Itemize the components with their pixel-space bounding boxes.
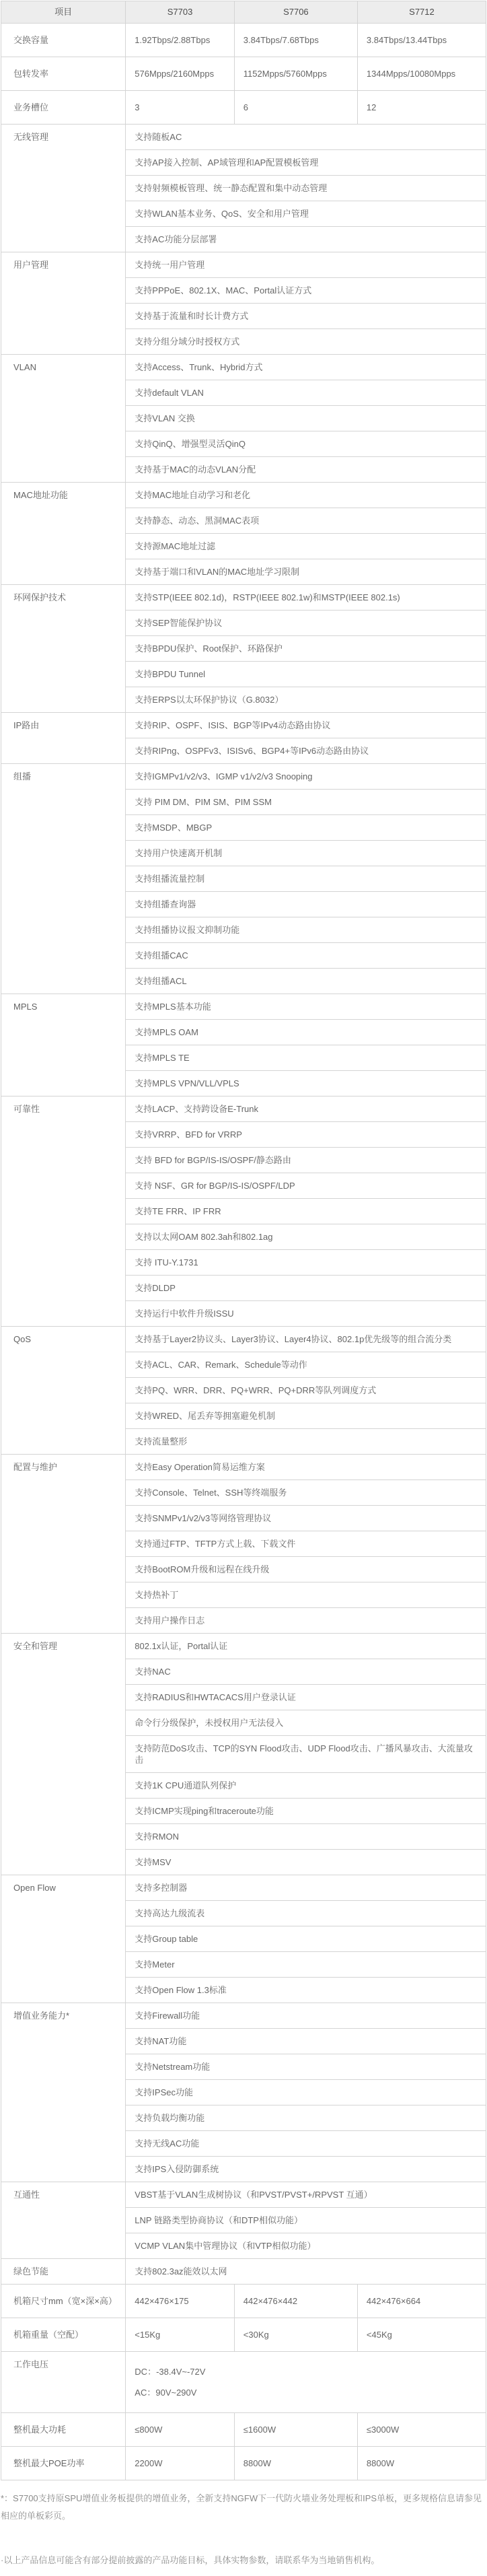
spec-value: 2200W bbox=[126, 2447, 235, 2480]
feature-text: 支持Open Flow 1.3标准 bbox=[126, 1978, 486, 2003]
category-label: MPLS bbox=[1, 994, 126, 1096]
feature-text: 支持静态、动态、黑洞MAC表项 bbox=[126, 508, 486, 534]
feature-row: IP路由支持RIP、OSPF、ISIS、BGP等IPv4动态路由协议 bbox=[1, 713, 486, 738]
category-label: 工作电压 bbox=[1, 2352, 126, 2413]
feature-text: 支持 ITU-Y.1731 bbox=[126, 1250, 486, 1276]
feature-text: 支持AP接入控制、AP域管理和AP配置模板管理 bbox=[126, 150, 486, 176]
spec-value: 442×476×664 bbox=[357, 2285, 486, 2318]
feature-text: 支持ERPS以太环保护协议（G.8032） bbox=[126, 687, 486, 713]
category-label: IP路由 bbox=[1, 713, 126, 764]
feature-text: 支持NAT功能 bbox=[126, 2029, 486, 2054]
feature-text: 支持WRED、尾丢弃等拥塞避免机制 bbox=[126, 1403, 486, 1429]
category-label: 无线管理 bbox=[1, 125, 126, 252]
spec-value: 3 bbox=[126, 91, 235, 125]
feature-text: 支持组播流量控制 bbox=[126, 866, 486, 892]
spec-table-header: 项目S7703S7706S7712 bbox=[1, 1, 486, 24]
column-header: 项目 bbox=[1, 1, 126, 24]
spec-value: 576Mpps/2160Mpps bbox=[126, 57, 235, 91]
feature-row: 无线管理支持随板AC bbox=[1, 125, 486, 150]
category-label: 安全和管理 bbox=[1, 1634, 126, 1875]
feature-row: MPLS支持MPLS基本功能 bbox=[1, 994, 486, 1020]
feature-text: 支持TE FRR、IP FRR bbox=[126, 1199, 486, 1224]
feature-row: MAC地址功能支持MAC地址自动学习和老化 bbox=[1, 483, 486, 508]
category-label: 配置与维护 bbox=[1, 1455, 126, 1634]
feature-text: 命令行分级保护，未授权用户无法侵入 bbox=[126, 1710, 486, 1736]
feature-row: 增值业务能力*支持Firewall功能 bbox=[1, 2003, 486, 2029]
feature-text: 支持基于流量和时长计费方式 bbox=[126, 304, 486, 329]
feature-text: 支持MPLS VPN/VLL/VPLS bbox=[126, 1071, 486, 1096]
feature-text: 支持BPDU Tunnel bbox=[126, 662, 486, 687]
feature-text: 支持DLDP bbox=[126, 1276, 486, 1301]
feature-text: 支持STP(IEEE 802.1d)，RSTP(IEEE 802.1w)和MST… bbox=[126, 585, 486, 611]
feature-row: VLAN支持Access、Trunk、Hybrid方式 bbox=[1, 355, 486, 380]
feature-text: 支持Group table bbox=[126, 1926, 486, 1952]
feature-text: 支持IPS入侵防御系统 bbox=[126, 2157, 486, 2182]
category-label: 组播 bbox=[1, 764, 126, 994]
feature-text: 支持VLAN 交换 bbox=[126, 406, 486, 431]
feature-text: 支持随板AC bbox=[126, 125, 486, 150]
feature-text: 支持组播CAC bbox=[126, 943, 486, 969]
spec-value: 8800W bbox=[234, 2447, 357, 2480]
category-label: 包转发率 bbox=[1, 57, 126, 91]
feature-text: 支持MPLS基本功能 bbox=[126, 994, 486, 1020]
feature-text: 支持Console、Telnet、SSH等终端服务 bbox=[126, 1480, 486, 1506]
multiline-value: DC：-38.4V~-72VAC：90V~290V bbox=[126, 2352, 486, 2413]
feature-text: 支持负载均衡功能 bbox=[126, 2105, 486, 2131]
spec-row: 整机最大POE功率2200W8800W8800W bbox=[1, 2447, 486, 2480]
feature-text: 支持组播查询器 bbox=[126, 892, 486, 917]
feature-text: 支持用户快速离开机制 bbox=[126, 841, 486, 866]
category-label: 交换容量 bbox=[1, 24, 126, 57]
feature-text: 支持WLAN基本业务、QoS、安全和用户管理 bbox=[126, 201, 486, 227]
spec-value: 3.84Tbps/7.68Tbps bbox=[234, 24, 357, 57]
feature-text: 支持统一用户管理 bbox=[126, 252, 486, 278]
feature-text: 支持热补丁 bbox=[126, 1582, 486, 1608]
feature-text: 支持MAC地址自动学习和老化 bbox=[126, 483, 486, 508]
feature-text: 支持SEP智能保护协议 bbox=[126, 611, 486, 636]
category-label: 机箱重量（空配） bbox=[1, 2318, 126, 2352]
spec-page: 项目S7703S7706S7712 交换容量1.92Tbps/2.88Tbps3… bbox=[0, 0, 487, 2576]
feature-text: 支持QinQ、增强型灵活QinQ bbox=[126, 431, 486, 457]
feature-text: 支持防范DoS攻击、TCP的SYN Flood攻击、UDP Flood攻击、广播… bbox=[126, 1736, 486, 1773]
footnote-asterisk: *：S7700支持原SPU增值业务板提供的增值业务，全新支持NGFW下一代防火墙… bbox=[1, 2490, 484, 2525]
category-label: 用户管理 bbox=[1, 252, 126, 355]
multiline-value-line: DC：-38.4V~-72V bbox=[135, 2361, 479, 2382]
column-header: S7706 bbox=[234, 1, 357, 24]
category-label: QoS bbox=[1, 1327, 126, 1455]
feature-text: 支持Firewall功能 bbox=[126, 2003, 486, 2029]
category-label: 整机最大功耗 bbox=[1, 2413, 126, 2447]
multiline-row: 工作电压DC：-38.4V~-72VAC：90V~290V bbox=[1, 2352, 486, 2413]
spec-value: 1152Mpps/5760Mpps bbox=[234, 57, 357, 91]
feature-text: 支持流量整形 bbox=[126, 1429, 486, 1455]
feature-text: 802.1x认证，Portal认证 bbox=[126, 1634, 486, 1659]
feature-text: 支持MPLS TE bbox=[126, 1045, 486, 1071]
spec-table: 项目S7703S7706S7712 交换容量1.92Tbps/2.88Tbps3… bbox=[1, 1, 486, 2480]
feature-text: VCMP VLAN集中管理协议（和VTP相似功能） bbox=[126, 2233, 486, 2259]
feature-text: 支持MSV bbox=[126, 1850, 486, 1875]
spec-value: ≤1600W bbox=[234, 2413, 357, 2447]
category-label: 增值业务能力* bbox=[1, 2003, 126, 2182]
spec-row: 机箱尺寸mm（宽×深×高）442×476×175442×476×442442×4… bbox=[1, 2285, 486, 2318]
spec-value: 1.92Tbps/2.88Tbps bbox=[126, 24, 235, 57]
spec-value: ≤800W bbox=[126, 2413, 235, 2447]
feature-text: 支持组播ACL bbox=[126, 969, 486, 994]
feature-text: 支持源MAC地址过滤 bbox=[126, 534, 486, 559]
feature-text: 支持分组分域分时授权方式 bbox=[126, 329, 486, 355]
spec-row: 包转发率576Mpps/2160Mpps1152Mpps/5760Mpps134… bbox=[1, 57, 486, 91]
feature-text: 支持RIP、OSPF、ISIS、BGP等IPv4动态路由协议 bbox=[126, 713, 486, 738]
feature-row: 安全和管理802.1x认证，Portal认证 bbox=[1, 1634, 486, 1659]
feature-row: 环网保护技术支持STP(IEEE 802.1d)，RSTP(IEEE 802.1… bbox=[1, 585, 486, 611]
category-label: 互通性 bbox=[1, 2182, 126, 2259]
feature-row: 可靠性支持LACP、支持跨设备E-Trunk bbox=[1, 1096, 486, 1122]
feature-text: 支持default VLAN bbox=[126, 380, 486, 406]
feature-text: 支持MPLS OAM bbox=[126, 1020, 486, 1045]
feature-text: 支持MSDP、MBGP bbox=[126, 815, 486, 841]
feature-row: 用户管理支持统一用户管理 bbox=[1, 252, 486, 278]
spec-row: 机箱重量（空配）<15Kg<30Kg<45Kg bbox=[1, 2318, 486, 2352]
feature-text: LNP 链路类型协商协议（和DTP相似功能） bbox=[126, 2208, 486, 2233]
footnotes: *：S7700支持原SPU增值业务板提供的增值业务，全新支持NGFW下一代防火墙… bbox=[1, 2490, 486, 2569]
feature-text: 支持AC功能分层部署 bbox=[126, 227, 486, 252]
category-label: 业务槽位 bbox=[1, 91, 126, 125]
spec-value: 8800W bbox=[357, 2447, 486, 2480]
footnote-disclaimer: ·以上产品信息可能含有部分提前披露的产品功能目标，具体实物参数，请联系华为当地销… bbox=[1, 2552, 484, 2569]
feature-row: 绿色节能支持802.3az能效以太网 bbox=[1, 2259, 486, 2285]
feature-text: 支持Easy Operation简易运维方案 bbox=[126, 1455, 486, 1480]
feature-text: 支持通过FTP、TFTP方式上载、下载文件 bbox=[126, 1531, 486, 1557]
spec-value: 3.84Tbps/13.44Tbps bbox=[357, 24, 486, 57]
spec-row: 交换容量1.92Tbps/2.88Tbps3.84Tbps/7.68Tbps3.… bbox=[1, 24, 486, 57]
category-label: Open Flow bbox=[1, 1875, 126, 2003]
feature-text: 支持组播协议报文抑制功能 bbox=[126, 917, 486, 943]
column-header: S7703 bbox=[126, 1, 235, 24]
spec-value: 1344Mpps/10080Mpps bbox=[357, 57, 486, 91]
feature-text: 支持SNMPv1/v2/v3等网络管理协议 bbox=[126, 1506, 486, 1531]
column-header: S7712 bbox=[357, 1, 486, 24]
spec-value: ≤3000W bbox=[357, 2413, 486, 2447]
feature-text: 支持PPPoE、802.1X、MAC、Portal认证方式 bbox=[126, 278, 486, 304]
feature-text: 支持IPSec功能 bbox=[126, 2080, 486, 2105]
feature-text: 支持VRRP、BFD for VRRP bbox=[126, 1122, 486, 1148]
spec-row: 整机最大功耗≤800W≤1600W≤3000W bbox=[1, 2413, 486, 2447]
feature-text: 支持基于Layer2协议头、Layer3协议、Layer4协议、802.1p优先… bbox=[126, 1327, 486, 1352]
category-label: MAC地址功能 bbox=[1, 483, 126, 585]
feature-text: 支持RADIUS和HWTACACS用户登录认证 bbox=[126, 1685, 486, 1710]
feature-text: 支持Netstream功能 bbox=[126, 2054, 486, 2080]
feature-row: 组播支持IGMPv1/v2/v3、IGMP v1/v2/v3 Snooping bbox=[1, 764, 486, 790]
spec-value: 442×476×442 bbox=[234, 2285, 357, 2318]
feature-text: 支持RMON bbox=[126, 1824, 486, 1850]
feature-text: 支持IGMPv1/v2/v3、IGMP v1/v2/v3 Snooping bbox=[126, 764, 486, 790]
feature-row: 互通性VBST基于VLAN生成树协议（和PVST/PVST+/RPVST 互通） bbox=[1, 2182, 486, 2208]
feature-text: 支持NAC bbox=[126, 1659, 486, 1685]
spec-row: 业务槽位3612 bbox=[1, 91, 486, 125]
spec-value: 442×476×175 bbox=[126, 2285, 235, 2318]
feature-text: 支持RIPng、OSPFv3、ISISv6、BGP4+等IPv6动态路由协议 bbox=[126, 738, 486, 764]
feature-text: 支持 BFD for BGP/IS-IS/OSPF/静态路由 bbox=[126, 1148, 486, 1173]
feature-row: Open Flow支持多控制器 bbox=[1, 1875, 486, 1901]
category-label: 环网保护技术 bbox=[1, 585, 126, 713]
feature-text: 支持用户操作日志 bbox=[126, 1608, 486, 1634]
spec-value: 6 bbox=[234, 91, 357, 125]
feature-text: 支持BPDU保护、Root保护、环路保护 bbox=[126, 636, 486, 662]
category-label: 机箱尺寸mm（宽×深×高） bbox=[1, 2285, 126, 2318]
feature-text: 支持运行中软件升级ISSU bbox=[126, 1301, 486, 1327]
feature-row: QoS支持基于Layer2协议头、Layer3协议、Layer4协议、802.1… bbox=[1, 1327, 486, 1352]
feature-text: 支持以太网OAM 802.3ah和802.1ag bbox=[126, 1224, 486, 1250]
feature-text: 支持Meter bbox=[126, 1952, 486, 1978]
category-label: 整机最大POE功率 bbox=[1, 2447, 126, 2480]
feature-row: 配置与维护支持Easy Operation简易运维方案 bbox=[1, 1455, 486, 1480]
feature-text: 支持射频模板管理、统一静态配置和集中动态管理 bbox=[126, 176, 486, 201]
feature-text: VBST基于VLAN生成树协议（和PVST/PVST+/RPVST 互通） bbox=[126, 2182, 486, 2208]
feature-text: 支持 PIM DM、PIM SM、PIM SSM bbox=[126, 790, 486, 815]
feature-text: 支持多控制器 bbox=[126, 1875, 486, 1901]
header-row: 项目S7703S7706S7712 bbox=[1, 1, 486, 24]
spec-value: <30Kg bbox=[234, 2318, 357, 2352]
feature-text: 支持ACL、CAR、Remark、Schedule等动作 bbox=[126, 1352, 486, 1378]
category-label: 绿色节能 bbox=[1, 2259, 126, 2285]
feature-text: 支持 NSF、GR for BGP/IS-IS/OSPF/LDP bbox=[126, 1173, 486, 1199]
feature-text: 支持基于端口和VLAN的MAC地址学习限制 bbox=[126, 559, 486, 585]
feature-text: 支持Access、Trunk、Hybrid方式 bbox=[126, 355, 486, 380]
multiline-value-line: AC：90V~290V bbox=[135, 2382, 479, 2403]
category-label: 可靠性 bbox=[1, 1096, 126, 1327]
feature-text: 支持PQ、WRR、DRR、PQ+WRR、PQ+DRR等队列调度方式 bbox=[126, 1378, 486, 1403]
feature-text: 支持基于MAC的动态VLAN分配 bbox=[126, 457, 486, 483]
feature-text: 支持LACP、支持跨设备E-Trunk bbox=[126, 1096, 486, 1122]
spec-value: 12 bbox=[357, 91, 486, 125]
feature-text: 支持BootROM升级和远程在线升级 bbox=[126, 1557, 486, 1582]
spec-value: <15Kg bbox=[126, 2318, 235, 2352]
feature-text: 支持ICMP实现ping和traceroute功能 bbox=[126, 1799, 486, 1824]
category-label: VLAN bbox=[1, 355, 126, 483]
feature-text: 支持高达九级流表 bbox=[126, 1901, 486, 1926]
feature-text: 支持1K CPU通道队列保护 bbox=[126, 1773, 486, 1799]
spec-table-body: 交换容量1.92Tbps/2.88Tbps3.84Tbps/7.68Tbps3.… bbox=[1, 24, 486, 2480]
feature-text: 支持802.3az能效以太网 bbox=[126, 2259, 486, 2285]
feature-text: 支持无线AC功能 bbox=[126, 2131, 486, 2157]
spec-value: <45Kg bbox=[357, 2318, 486, 2352]
